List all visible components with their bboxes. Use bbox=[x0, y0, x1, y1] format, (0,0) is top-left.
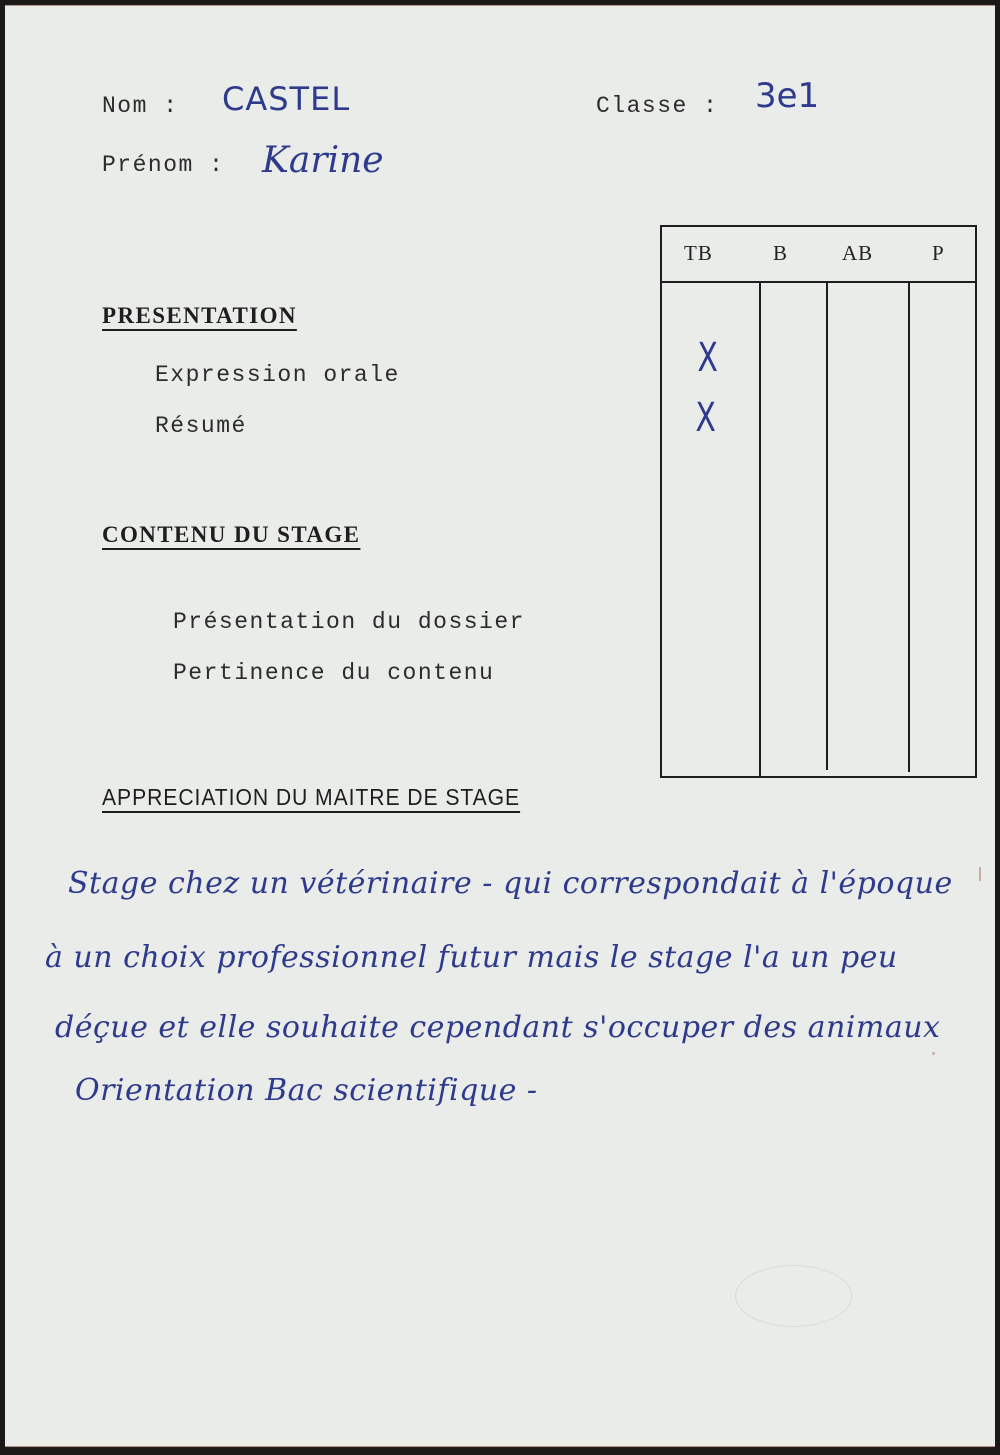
prenom-label: Prénom : bbox=[102, 152, 224, 178]
item-expression-orale: Expression orale bbox=[155, 362, 400, 388]
column-tb: TB bbox=[684, 241, 713, 266]
check-mark-expression-orale: X bbox=[697, 335, 718, 381]
paper-speck bbox=[932, 1052, 935, 1055]
item-resume: Résumé bbox=[155, 413, 247, 439]
column-divider bbox=[759, 281, 761, 776]
handwritten-comment-line: à un choix professionnel futur mais le s… bbox=[45, 940, 898, 975]
handwritten-comment-line: déçue et elle souhaite cependant s'occup… bbox=[55, 1010, 940, 1045]
classe-label: Classe : bbox=[596, 93, 718, 119]
column-b: B bbox=[773, 241, 788, 266]
item-pertinence-contenu: Pertinence du contenu bbox=[173, 660, 494, 686]
nom-value: CASTEL bbox=[222, 80, 350, 118]
paper-speck bbox=[979, 867, 981, 881]
section-title-presentation: PRESENTATION bbox=[102, 303, 297, 329]
section-title-appreciation: APPRECIATION DU MAITRE DE STAGE bbox=[102, 784, 520, 811]
check-mark-resume: X bbox=[695, 395, 716, 441]
faint-stamp bbox=[735, 1265, 852, 1327]
column-ab: AB bbox=[842, 241, 873, 266]
prenom-value: Karine bbox=[262, 140, 384, 181]
handwritten-comment-line: Orientation Bac scientifique - bbox=[75, 1073, 538, 1108]
section-title-contenu: CONTENU DU STAGE bbox=[102, 522, 360, 548]
item-presentation-dossier: Présentation du dossier bbox=[173, 609, 525, 635]
grading-table: TB B AB P bbox=[660, 225, 977, 778]
column-divider bbox=[826, 281, 828, 770]
column-p: P bbox=[932, 241, 945, 266]
nom-label: Nom : bbox=[102, 93, 179, 119]
classe-value: 3e1 bbox=[755, 76, 819, 116]
column-divider bbox=[908, 281, 910, 772]
handwritten-comment-line: Stage chez un vétérinaire - qui correspo… bbox=[68, 866, 953, 901]
grading-table-header: TB B AB P bbox=[662, 227, 975, 283]
